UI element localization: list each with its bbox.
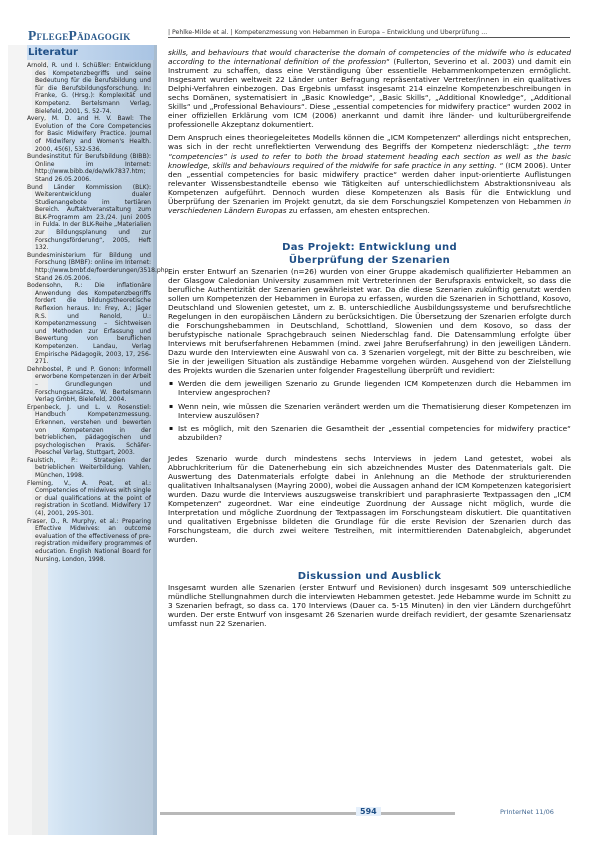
article-body: skills, and behaviours that would charac… xyxy=(168,48,571,632)
reference-item: Fleming, V., A. Poat, et al.: Competenci… xyxy=(27,480,151,518)
reference-item: Bundesinstitut für Berufsbildung (BIBB):… xyxy=(27,153,151,183)
references-list: Arnold, R. und I. Schüßler: Entwicklung … xyxy=(27,62,151,563)
reference-item: Avery, M. D. and H. V. Bawl: The Evoluti… xyxy=(27,115,151,153)
paragraph-diskussion: Insgesamt wurden alle Szenarien (erster … xyxy=(168,583,571,628)
paragraph-text: Dem Anspruch eines theoriegeleitetes Mod… xyxy=(168,133,571,151)
reference-item: Arnold, R. und I. Schüßler: Entwicklung … xyxy=(27,62,151,115)
reference-item: Bund Länder Kommission (BLK): Weiterentw… xyxy=(27,184,151,252)
bullet-item: Wenn nein, wie müssen die Szenarien verä… xyxy=(168,402,571,420)
reference-item: Faulstich, P.: Strategien der betrieblic… xyxy=(27,457,151,480)
sidebar-edge xyxy=(153,45,157,835)
section-heading-diskussion: Diskussion und Ausblick xyxy=(168,570,571,583)
heading-line: Überprüfung der Szenarien xyxy=(289,255,450,266)
paragraph-icm-critique: Dem Anspruch eines theoriegeleitetes Mod… xyxy=(168,133,571,214)
bullet-item: Ist es möglich, mit den Szenarien die Ge… xyxy=(168,424,571,442)
paragraph-projekt: Ein erster Entwurf an Szenarien (n=26) w… xyxy=(168,267,571,376)
reference-item: Erpenbeck, J. und L. v. Rosenstiel: Hand… xyxy=(27,404,151,457)
reference-item: Bundesministerium für Bildung und Forsch… xyxy=(27,252,151,282)
paragraph-text: zu erfassen, am ehesten entsprechen. xyxy=(287,206,430,215)
paragraph-auswertung: Jedes Szenario wurde durch mindestens se… xyxy=(168,454,571,544)
journal-title: PflegePädagogik xyxy=(28,28,131,44)
heading-line: Das Projekt: Entwicklung und xyxy=(282,242,457,253)
section-heading-projekt: Das Projekt: Entwicklung und Überprüfung… xyxy=(168,241,571,267)
paragraph-icm-intro: skills, and behaviours that would charac… xyxy=(168,48,571,129)
bullet-item: Werden die dem jeweiligen Szenario zu Gr… xyxy=(168,379,571,397)
footer-rule xyxy=(160,812,455,815)
reference-item: Dehnbostel, P. und P. Gonon: Informell e… xyxy=(27,366,151,404)
page-number: 594 xyxy=(356,807,381,816)
references-heading: Literatur xyxy=(27,45,154,60)
reference-item: Bodensohn, R.: Die inflationäre Anwendun… xyxy=(27,282,151,366)
research-questions-list: Werden die dem jeweiligen Szenario zu Gr… xyxy=(168,379,571,441)
running-head: | Pehlke-Milde et al. | Kompetenzmessung… xyxy=(168,29,570,38)
reference-item: Fraser, D., R. Murphy, et al.: Preparing… xyxy=(27,518,151,564)
paragraph-text: “ (Fullerton, Severino et al. 2003) und … xyxy=(168,57,571,129)
footer-issue: PrInterNet 11/06 xyxy=(500,808,554,816)
